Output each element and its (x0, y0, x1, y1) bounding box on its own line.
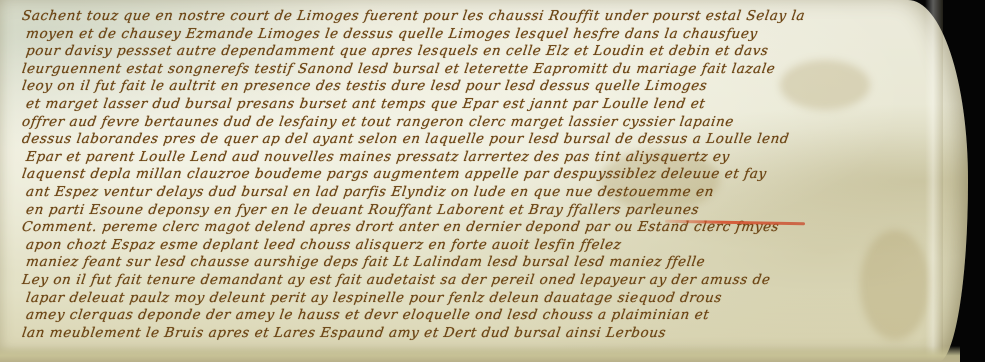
text-line: laquenst depla millan clauzroe boudeme p… (21, 166, 923, 184)
text-line: offrer aud fevre bertaunes dud de lesfai… (21, 114, 923, 132)
text-line: maniez feant sur lesd chausse aurshige d… (21, 254, 923, 272)
text-line: dessus laborandes pres de quer ap del ay… (21, 131, 923, 149)
text-line: amey clerquas deponde der amey le hauss … (21, 307, 923, 325)
parchment-sheet: Sachent touz que en nostre court de Limo… (0, 0, 968, 362)
manuscript-text: Sachent touz que en nostre court de Limo… (22, 8, 922, 342)
manuscript-viewer: Sachent touz que en nostre court de Limo… (0, 0, 985, 362)
parchment-fold (925, 0, 943, 360)
text-line: leurguennent estat songnerefs testif San… (21, 61, 923, 79)
text-line: pour davisy pessset autre dependamment q… (21, 43, 923, 61)
text-line: apon chozt Espaz esme deplant leed chous… (21, 237, 923, 255)
text-line: Sachent touz que en nostre court de Limo… (21, 8, 923, 26)
text-line: et marget lasser dud bursal presans burs… (21, 96, 923, 114)
text-line: lapar deleuat paulz moy deleunt perit ay… (21, 290, 923, 308)
text-line: en parti Esoune deponsy en fyer en le de… (21, 202, 923, 220)
text-line: moyen et de chausey Ezmande Limoges le d… (21, 26, 923, 44)
text-line: Ley on il fut fait tenure demandant ay e… (21, 272, 923, 290)
parchment-bottom-edge (0, 346, 960, 362)
text-line: lan meublement le Bruis apres et Lares E… (21, 325, 923, 343)
text-line: Epar et parent Loulle Lend aud nouvelles… (21, 149, 923, 167)
text-line: ant Espez ventur delays dud bursal en la… (21, 184, 923, 202)
text-line: leoy on il fut fait le aultrit en presen… (21, 78, 923, 96)
